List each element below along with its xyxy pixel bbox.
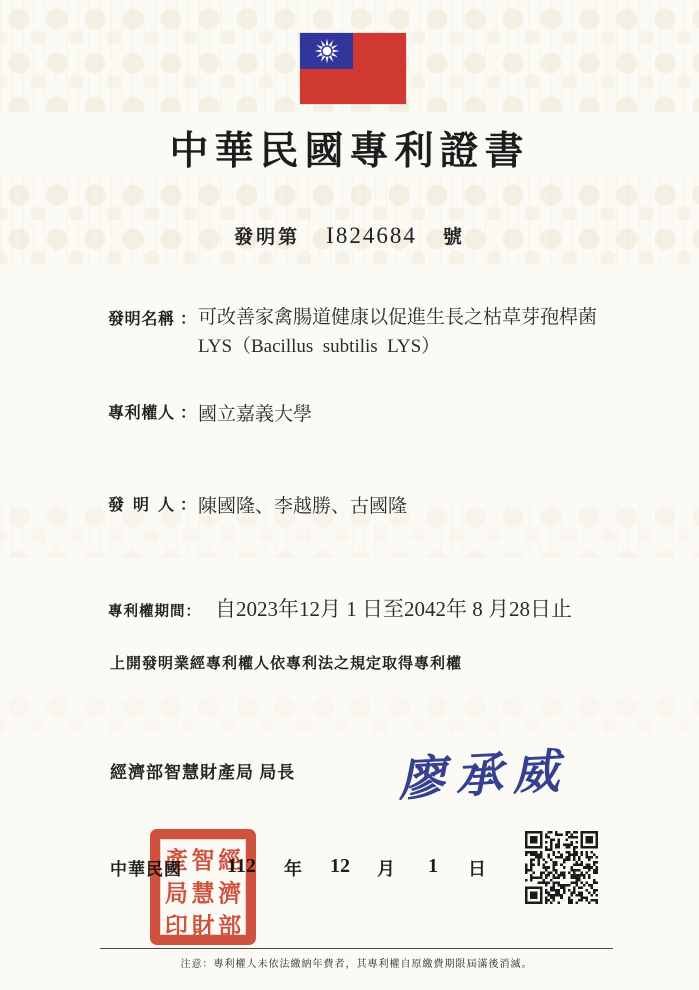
certificate-title: 中華民國專利證書: [0, 120, 699, 176]
patentee-value: 國立嘉義大學: [198, 400, 312, 429]
invention-name-colon: ：: [180, 306, 196, 329]
field-inventors: 發明人 ： 陳國隆、李越勝、古國隆: [108, 492, 407, 521]
field-invention-name: 發明名稱 ： 可改善家禽腸道健康以促進生長之枯草芽孢桿菌LYS（Bacillus…: [108, 306, 597, 361]
patent-certificate-page: 中華民國專利證書 發明第 I824684 號 發明名稱 ： 可改善家禽腸道健康以…: [0, 0, 699, 990]
inventors-value: 陳國隆、李越勝、古國隆: [198, 492, 407, 521]
seal-char: 慧: [190, 874, 217, 909]
patent-term-label: 專利權期間：: [108, 600, 201, 621]
invention-name-value: 可改善家禽腸道健康以促進生長之枯草芽孢桿菌LYS（Bacillus subtil…: [198, 303, 597, 361]
date-day: 1: [428, 855, 438, 878]
grant-statement: 上開發明業經專利權人依專利法之規定取得專利權: [110, 652, 462, 673]
flag-canton: [300, 33, 353, 69]
patent-number-row: 發明第 I824684 號: [0, 222, 699, 249]
date-month: 12: [330, 855, 350, 878]
director-general-signature: 廖承威: [396, 733, 579, 809]
field-patentee: 專利權人 ： 國立嘉義大學: [108, 400, 312, 429]
sun-icon: [312, 36, 342, 66]
footer-divider: [100, 948, 613, 949]
seal-char: 智: [190, 841, 217, 876]
official-red-seal: 產 智 經 局 慧 濟 印 財 部: [150, 829, 256, 945]
inventors-colon: ：: [180, 492, 196, 515]
patent-number-suffix: 號: [443, 222, 465, 249]
qr-code: [524, 831, 599, 904]
patent-number: I824684: [326, 223, 417, 249]
invention-name-line2: LYS（Bacillus subtilis LYS）: [198, 336, 440, 357]
inventors-label: 發明人: [108, 492, 174, 515]
date-month-unit: 月: [377, 855, 395, 881]
patentee-label: 專利權人: [108, 400, 174, 423]
roc-flag: [300, 33, 406, 104]
date-year-unit: 年: [284, 855, 302, 881]
footer-note: 注意：專利權人未依法繳納年費者，其專利權自原繳費期限屆滿後消滅。: [100, 955, 613, 970]
issuing-office-title: 經濟部智慧財產局 局長: [110, 758, 295, 783]
watermark-band-middle: [0, 176, 699, 264]
seal-char: 經: [216, 841, 243, 876]
patentee-colon: ：: [180, 400, 196, 423]
invention-name-line1: 可改善家禽腸道健康以促進生長之枯草芽孢桿菌: [198, 307, 597, 328]
seal-char: 產: [163, 841, 190, 876]
seal-char: 財: [190, 907, 217, 942]
field-patent-term: 專利權期間： 自2023年12月 1 日至2042年 8 月28日止: [108, 593, 572, 623]
seal-char: 局: [163, 874, 190, 909]
patent-number-prefix: 發明第: [234, 222, 300, 249]
date-day-unit: 日: [468, 855, 486, 881]
seal-char: 濟: [216, 874, 243, 909]
seal-char: 部: [216, 907, 243, 942]
watermark-band-bottom: [0, 688, 699, 736]
seal-char: 印: [163, 907, 190, 942]
patent-term-value: 自2023年12月 1 日至2042年 8 月28日止: [215, 593, 572, 623]
invention-name-label: 發明名稱: [108, 306, 174, 329]
